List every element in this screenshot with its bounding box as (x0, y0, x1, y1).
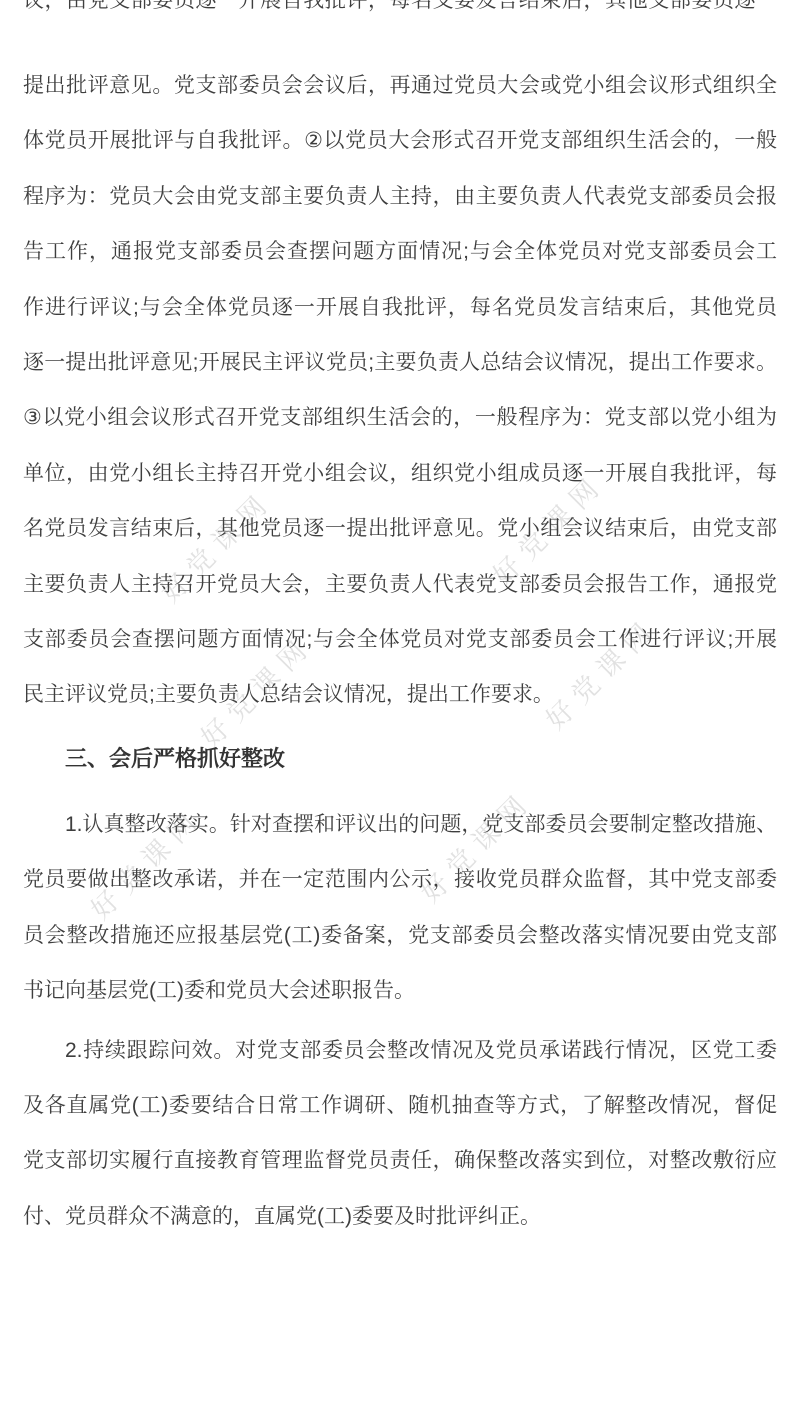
text-line: 提出批评意见。党支部委员会会议后，再通过党员大会或党小组会议形式组织全 (23, 58, 777, 113)
text-line: 党支部切实履行直接教育管理监督党员责任，确保整改落实到位，对整改敷衍应 (23, 1133, 777, 1188)
body-paragraph-3: 2.持续跟踪问效。对党支部委员会整改情况及党员承诺践行情况，区党工委 及各直属党… (23, 1023, 777, 1245)
clipped-top-line: 议，由党支部委员逐一开展自我批评，每名支委发言结束后，其他支部委员逐一 (23, 0, 777, 12)
text-line: 单位，由党小组长主持召开党小组会议，组织党小组成员逐一开展自我批评，每 (23, 446, 777, 501)
text-line: 逐一提出批评意见;开展民主评议党员;主要负责人总结会议情况，提出工作要求。 (23, 335, 777, 390)
text-line: 主要负责人主持召开党员大会，主要负责人代表党支部委员会报告工作，通报党 (23, 557, 777, 612)
text-line: 支部委员会查摆问题方面情况;与会全体党员对党支部委员会工作进行评议;开展 (23, 612, 777, 667)
text-line: 作进行评议;与会全体党员逐一开展自我批评，每名党员发言结束后，其他党员 (23, 280, 777, 335)
text-line: 员会整改措施还应报基层党(工)委备案，党支部委员会整改落实情况要由党支部 (23, 908, 777, 963)
text-line: 1.认真整改落实。针对查摆和评议出的问题，党支部委员会要制定整改措施、 (23, 797, 777, 852)
text-line: 2.持续跟踪问效。对党支部委员会整改情况及党员承诺践行情况，区党工委 (23, 1023, 777, 1078)
text-line: 书记向基层党(工)委和党员大会述职报告。 (23, 963, 777, 1018)
text-line: 党员要做出整改承诺，并在一定范围内公示，接收党员群众监督，其中党支部委 (23, 852, 777, 907)
body-paragraph-1: 提出批评意见。党支部委员会会议后，再通过党员大会或党小组会议形式组织全 体党员开… (23, 58, 777, 723)
section-heading: 三、会后严格抓好整改 (23, 731, 777, 786)
text-line: 民主评议党员;主要负责人总结会议情况，提出工作要求。 (23, 667, 777, 722)
body-paragraph-2: 1.认真整改落实。针对查摆和评议出的问题，党支部委员会要制定整改措施、 党员要做… (23, 797, 777, 1019)
text-line: 体党员开展批评与自我批评。②以党员大会形式召开党支部组织生活会的，一般 (23, 113, 777, 168)
text-line: ③以党小组会议形式召开党支部组织生活会的，一般程序为：党支部以党小组为 (23, 390, 777, 445)
text-line: 付、党员群众不满意的，直属党(工)委要及时批评纠正。 (23, 1189, 777, 1244)
text-line: 名党员发言结束后，其他党员逐一提出批评意见。党小组会议结束后，由党支部 (23, 501, 777, 556)
text-line: 及各直属党(工)委要结合日常工作调研、随机抽查等方式，了解整改情况，督促 (23, 1078, 777, 1133)
document-page: 议，由党支部委员逐一开展自我批评，每名支委发言结束后，其他支部委员逐一 提出批评… (0, 0, 800, 1244)
text-line: 程序为：党员大会由党支部主要负责人主持，由主要负责人代表党支部委员会报 (23, 169, 777, 224)
text-line: 告工作，通报党支部委员会查摆问题方面情况;与会全体党员对党支部委员会工 (23, 224, 777, 279)
